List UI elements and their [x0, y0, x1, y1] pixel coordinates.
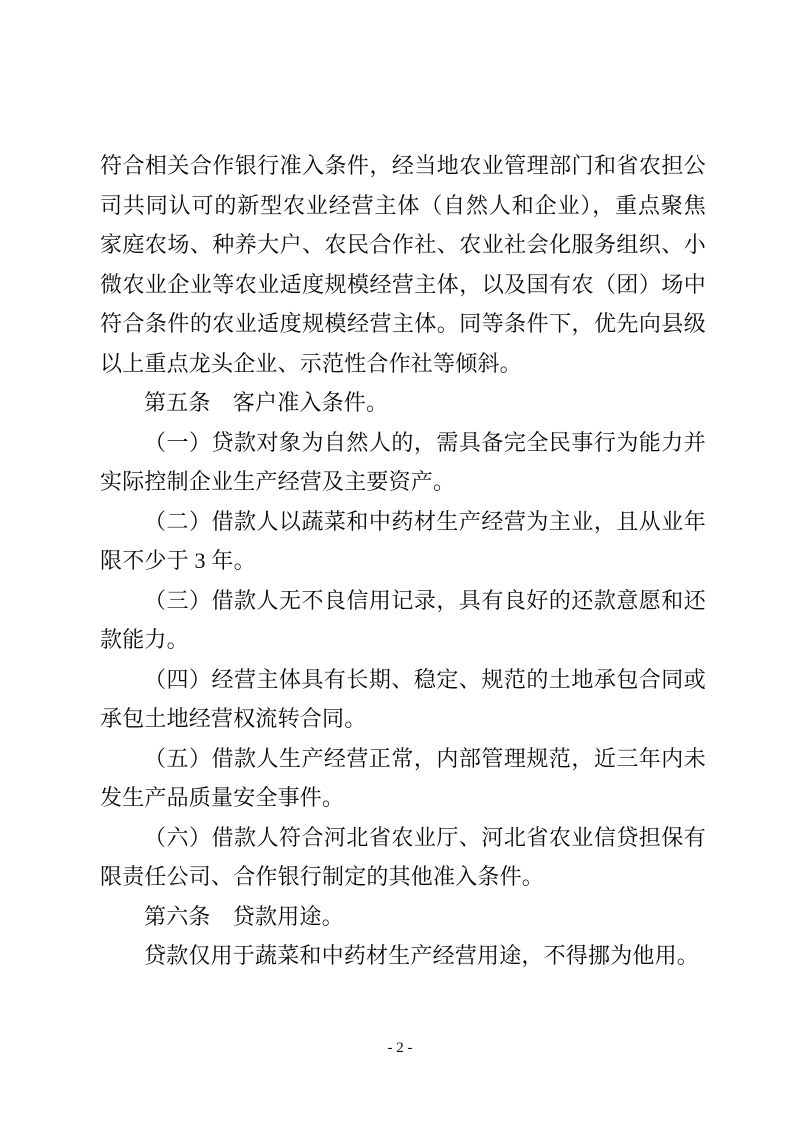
- article-6-body: 贷款仅用于蔬菜和中药材生产经营用途，不得挪为他用。: [100, 936, 706, 976]
- article-5-heading: 第五条 客户准入条件。: [100, 383, 706, 423]
- article-5-clause-1: （一）贷款对象为自然人的，需具备完全民事行为能力并实际控制企业生产经营及主要资产…: [100, 423, 706, 502]
- article-5-clause-2: （二）借款人以蔬菜和中药材生产经营为主业，且从业年限不少于 3 年。: [100, 502, 706, 581]
- article-5-clause-3: （三）借款人无不良信用记录，具有良好的还款意愿和还款能力。: [100, 581, 706, 660]
- document-page: 符合相关合作银行准入条件，经当地农业管理部门和省农担公司共同认可的新型农业经营主…: [0, 0, 800, 1131]
- article-5-clause-5: （五）借款人生产经营正常，内部管理规范，近三年内未发生产品质量安全事件。: [100, 739, 706, 818]
- article-5-clause-4: （四）经营主体具有长期、稳定、规范的土地承包合同或承包土地经营权流转合同。: [100, 660, 706, 739]
- document-body: 符合相关合作银行准入条件，经当地农业管理部门和省农担公司共同认可的新型农业经营主…: [100, 146, 706, 976]
- page-number: - 2 -: [0, 1040, 800, 1057]
- paragraph-continuation: 符合相关合作银行准入条件，经当地农业管理部门和省农担公司共同认可的新型农业经营主…: [100, 146, 706, 383]
- article-5-clause-6: （六）借款人符合河北省农业厅、河北省农业信贷担保有限责任公司、合作银行制定的其他…: [100, 818, 706, 897]
- article-6-heading: 第六条 贷款用途。: [100, 897, 706, 937]
